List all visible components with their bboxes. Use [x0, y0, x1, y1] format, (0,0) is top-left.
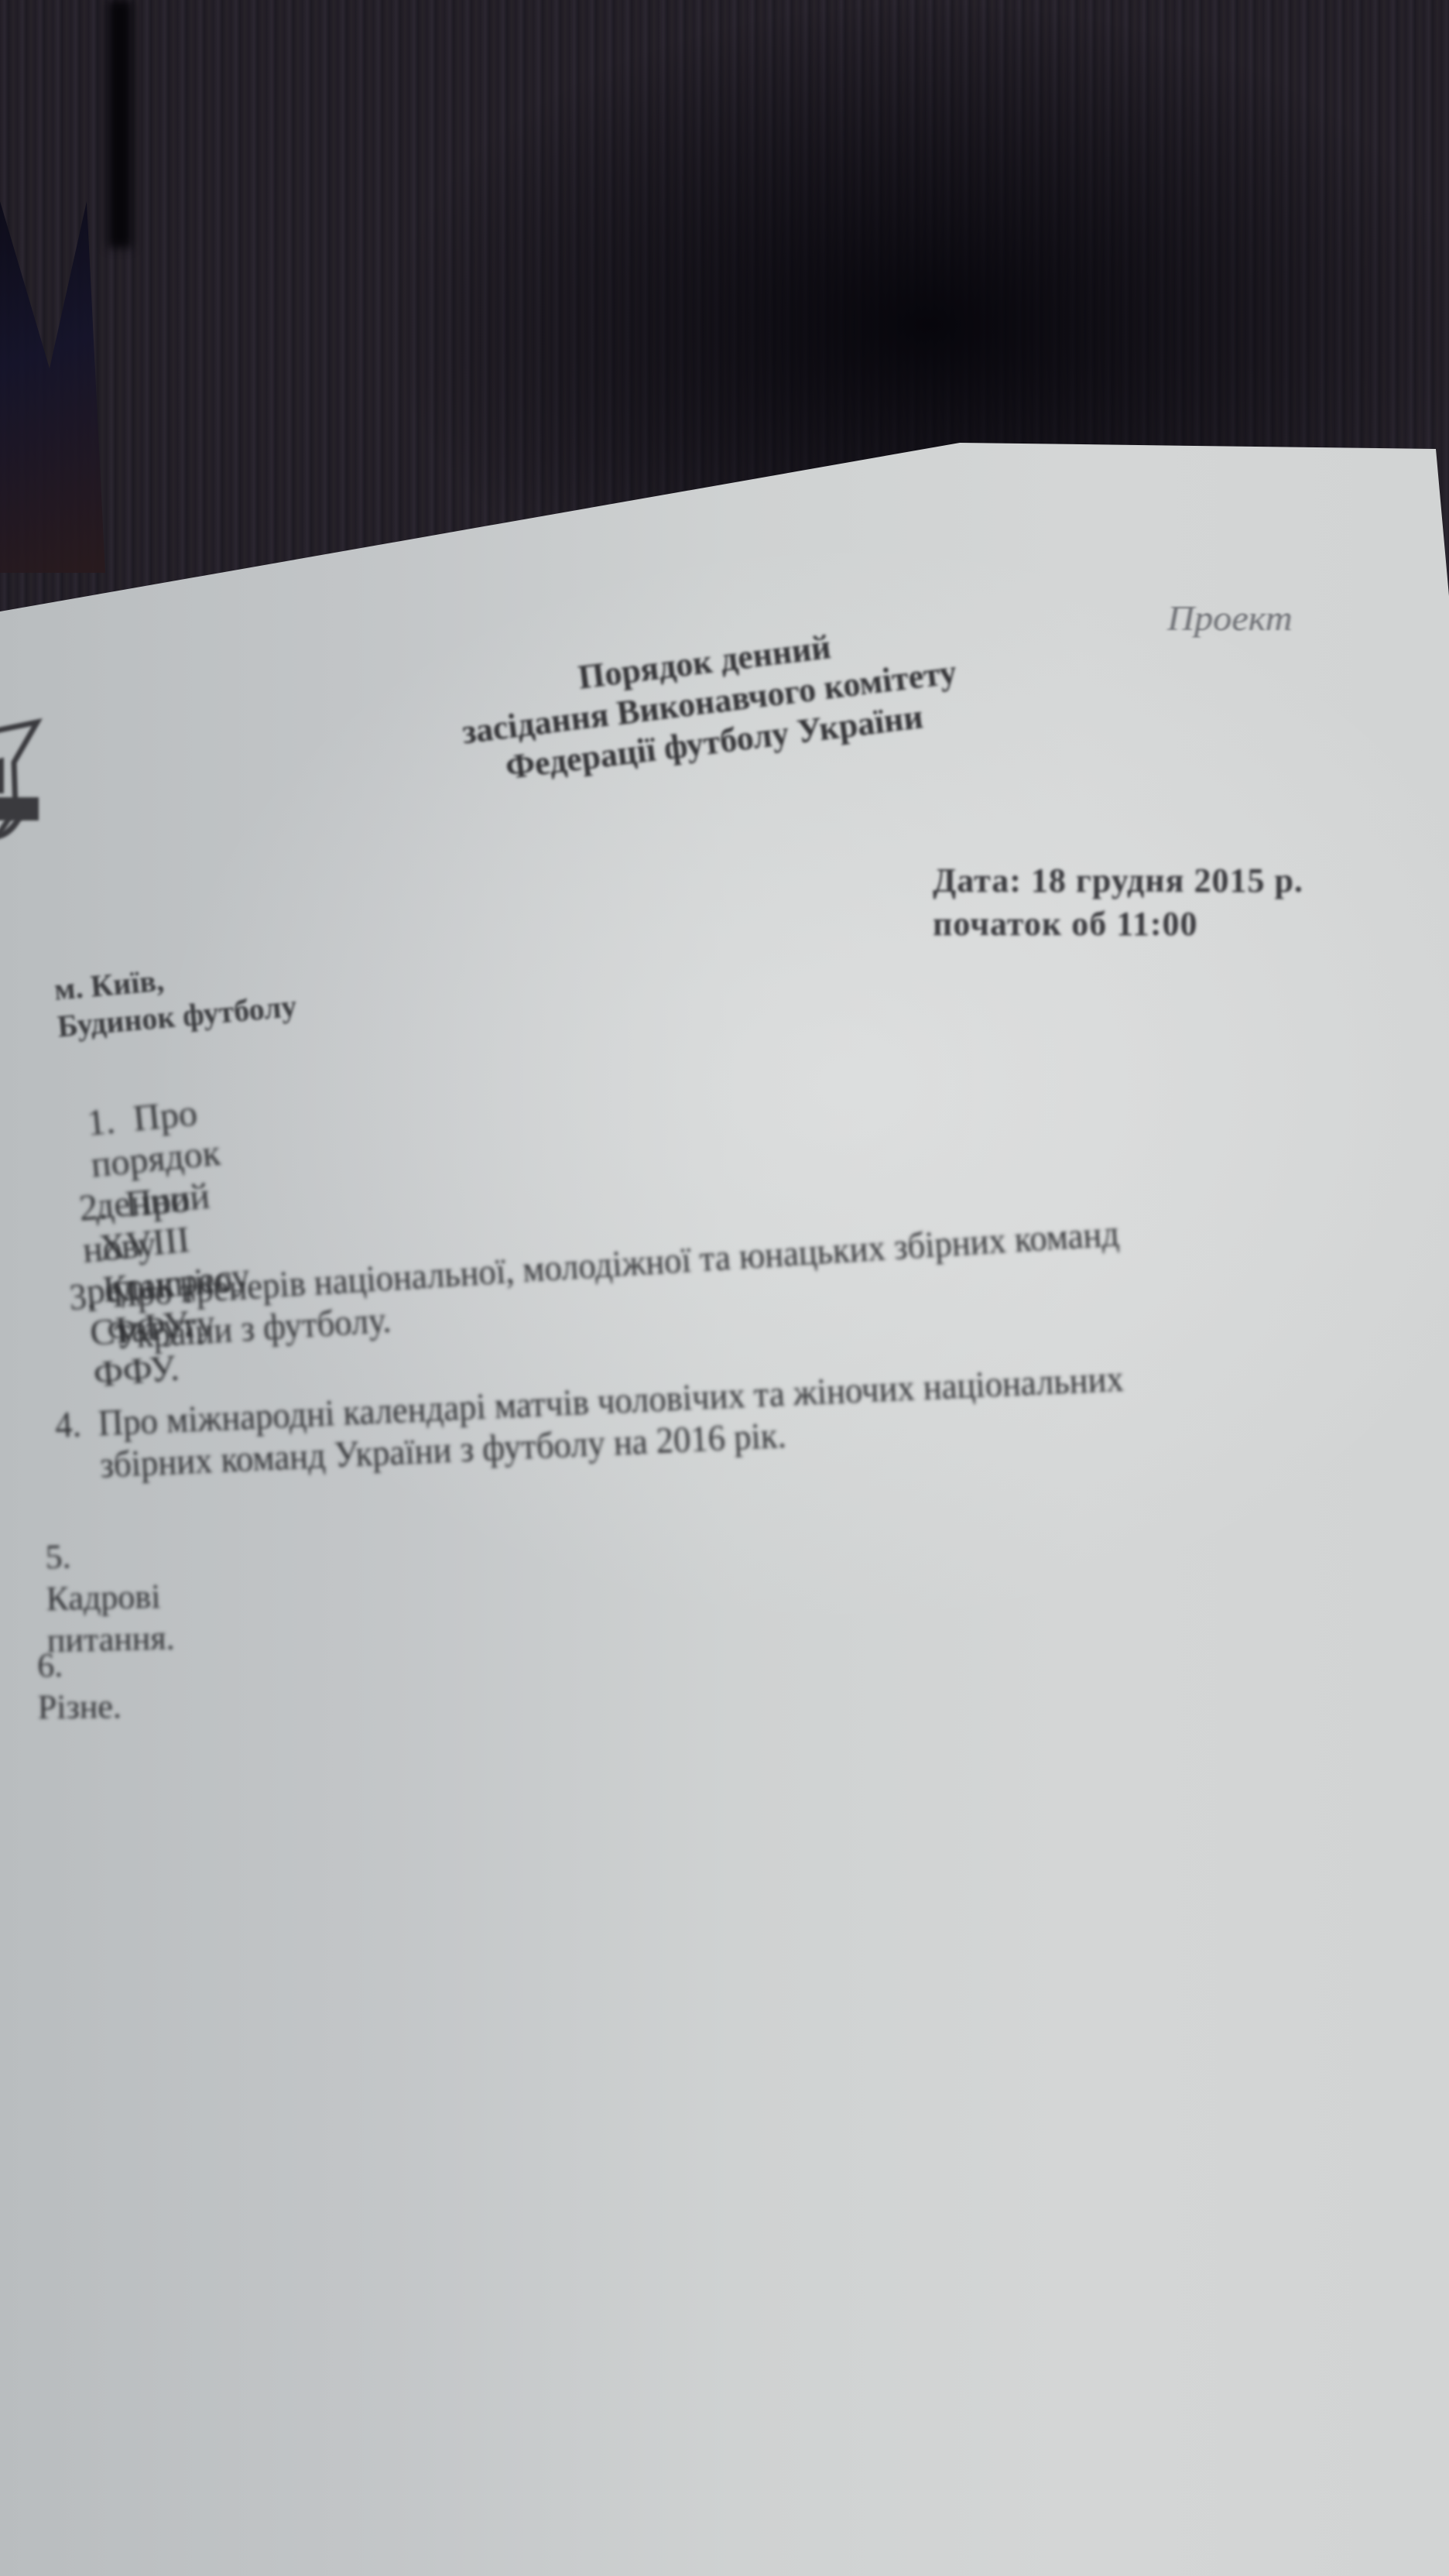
- meeting-location: м. Київ, Будинок футболу: [53, 951, 298, 1046]
- meeting-date: Дата: 18 грудня 2015 р.: [933, 859, 1303, 903]
- page-title: Порядок денний засідання Виконавчого ком…: [387, 604, 1032, 801]
- agenda-item-number: 4.: [54, 1403, 99, 1447]
- meeting-date-block: Дата: 18 грудня 2015 р. початок об 11:00: [933, 859, 1303, 946]
- agenda-item: 4.Про міжнародні календарі матчів чолові…: [54, 1348, 1352, 1488]
- agenda-item-number: 3.: [68, 1275, 114, 1319]
- document: Проект Порядок денний засідання Виконавч…: [0, 0, 1449, 2576]
- draft-stamp: Проект: [1167, 598, 1292, 639]
- agenda-item: 5.Кадрові питання.: [45, 1534, 175, 1662]
- agenda-item-text: Різне.: [37, 1687, 122, 1726]
- agenda-item-number: 6.: [37, 1644, 84, 1687]
- ffu-emblem-icon: [0, 716, 45, 863]
- meeting-start-time: початок об 11:00: [933, 903, 1303, 946]
- agenda-item: 6.Різне.: [37, 1644, 122, 1728]
- agenda-item: 3.Про тренерів національної, молодіжної …: [68, 1199, 1352, 1361]
- agenda-item-number: 1.: [85, 1098, 135, 1145]
- agenda-item-number: 5.: [45, 1536, 92, 1578]
- agenda-item-number: 2.: [77, 1184, 127, 1230]
